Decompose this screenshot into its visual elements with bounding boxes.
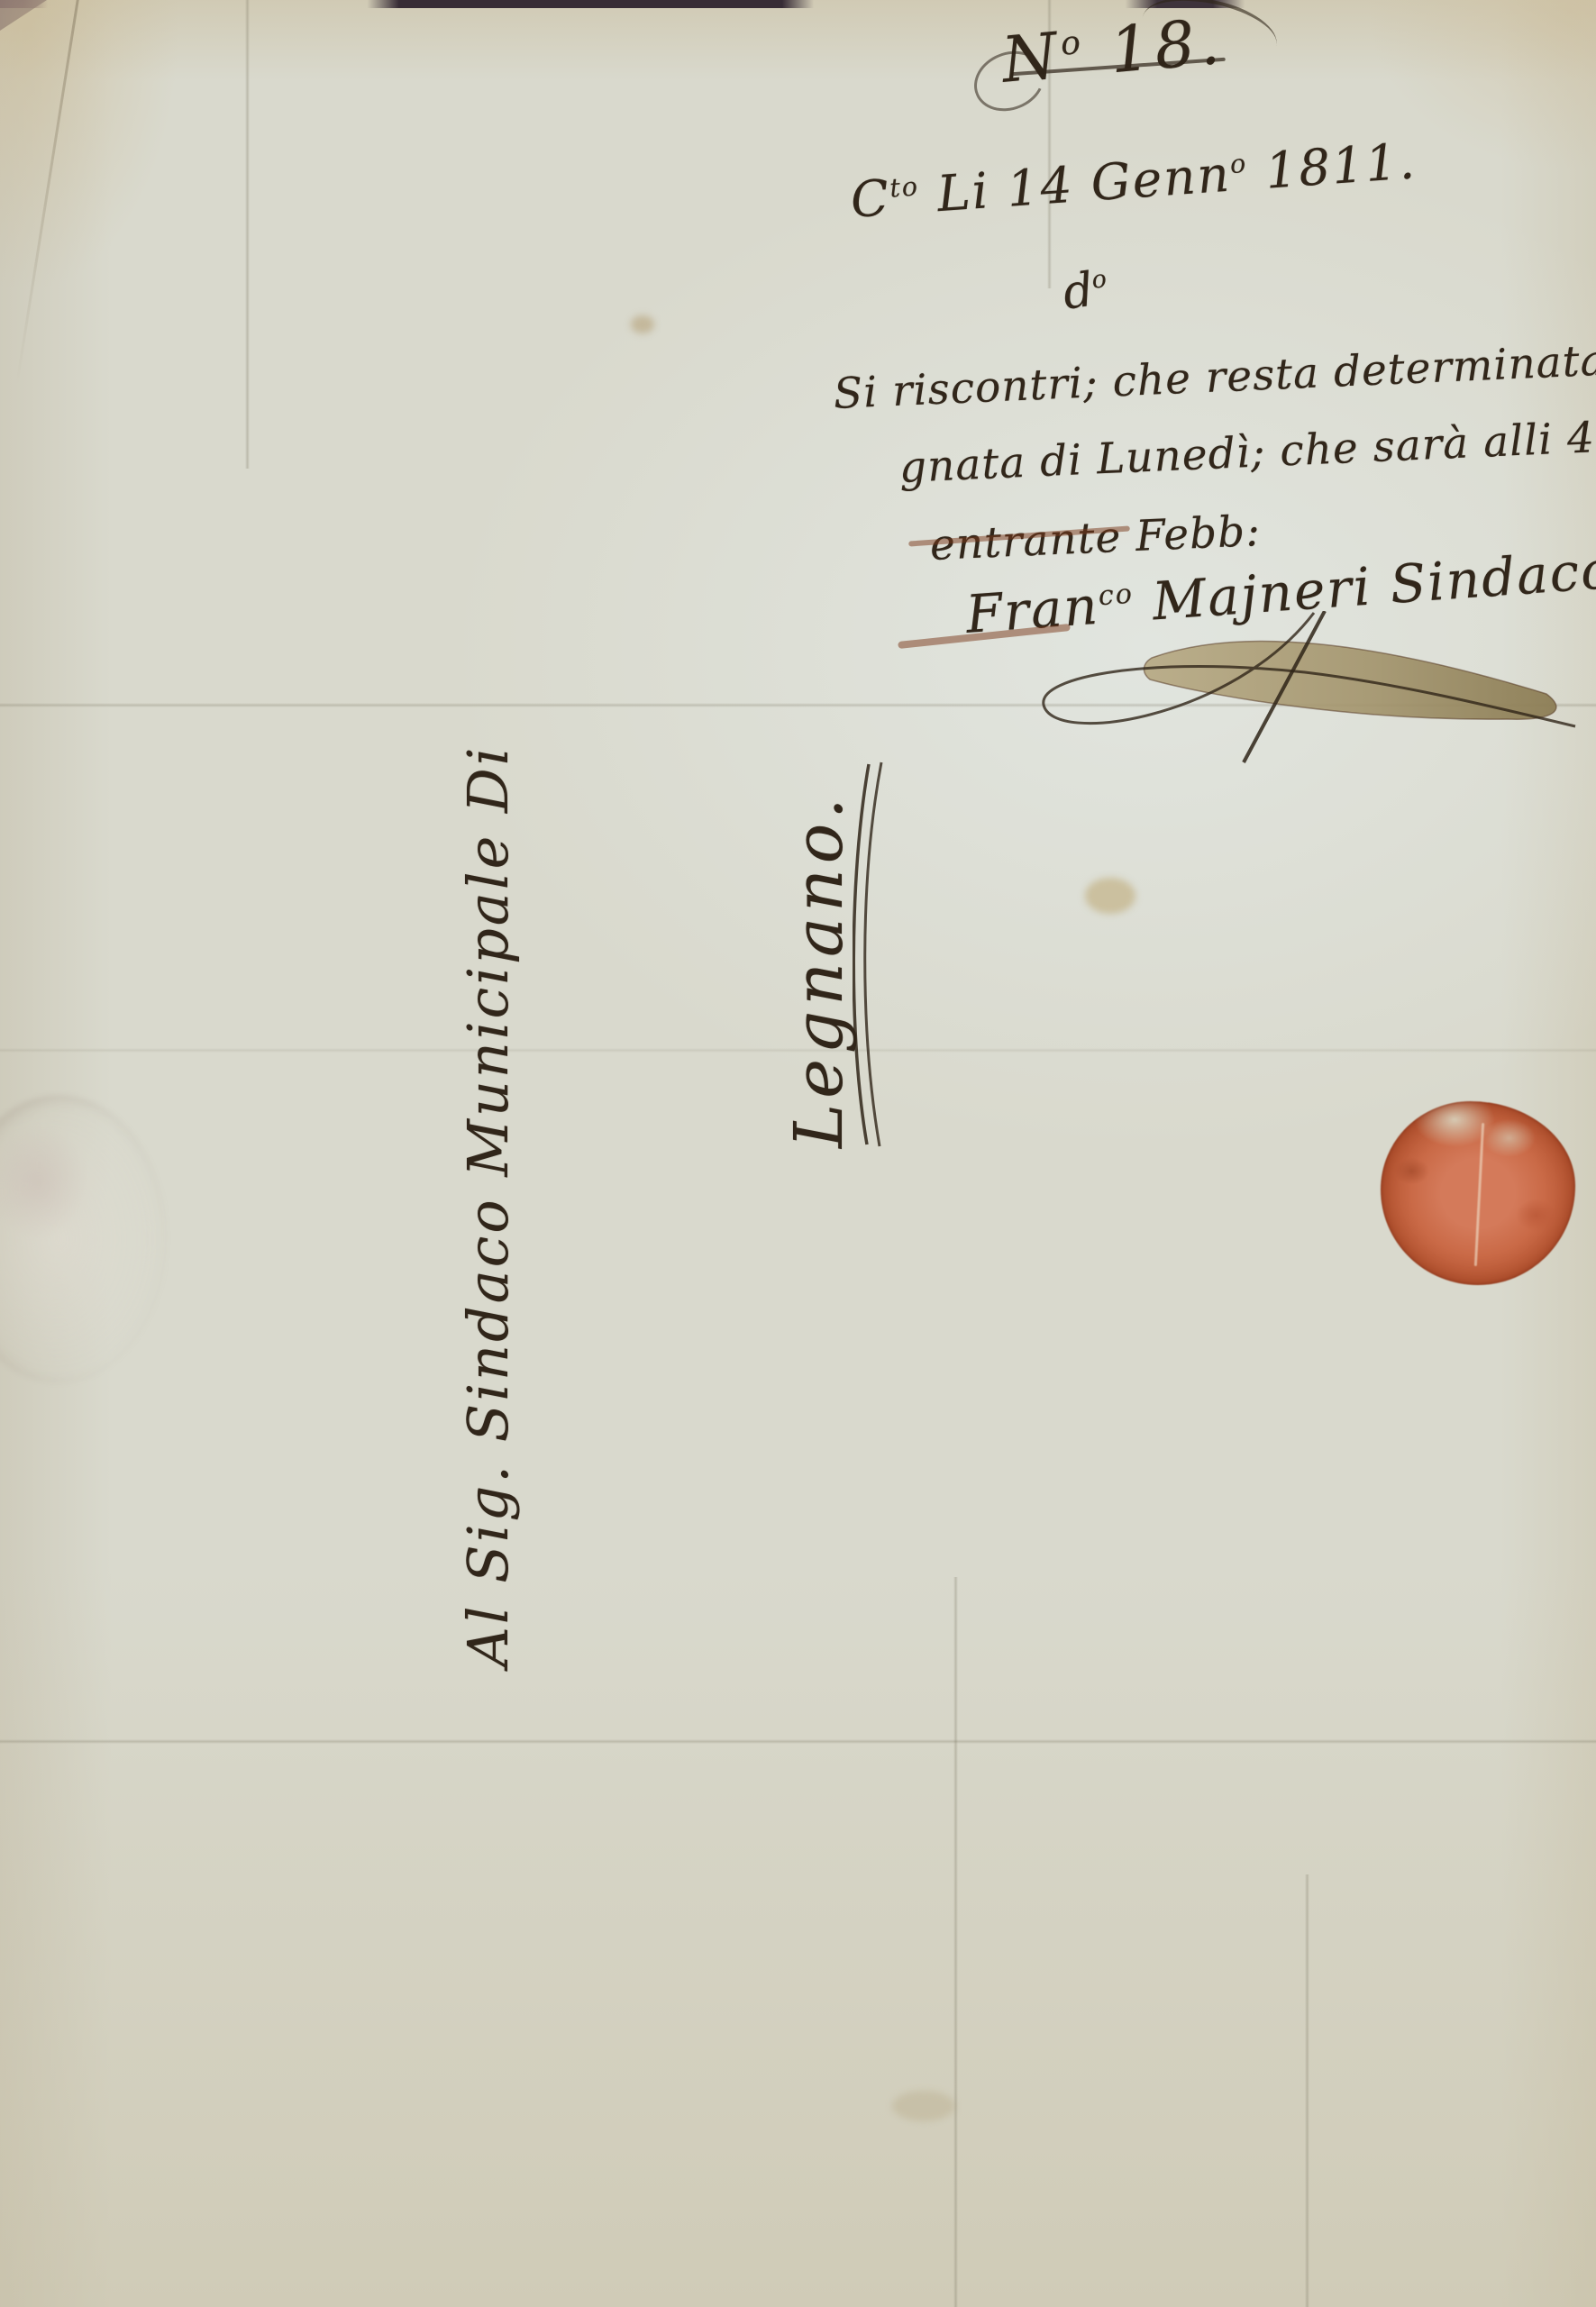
number-superscript: o: [1059, 23, 1087, 63]
dateline-superscript: to: [889, 170, 920, 203]
address-city: Legnano.: [780, 752, 938, 1148]
signature-flourish: [1017, 611, 1593, 764]
double-underline-flourish: [853, 761, 892, 1148]
fold-line-vertical: [953, 1577, 958, 2307]
dateline-place-abbrev: C: [849, 169, 892, 229]
signature-superscript: co: [1098, 579, 1135, 613]
dateline-month-superscript: o: [1229, 148, 1249, 179]
ditto-mark: do: [1060, 260, 1111, 320]
seal-crack: [1474, 1123, 1484, 1266]
stain: [1085, 878, 1135, 914]
stain: [892, 2091, 955, 2121]
fold-line-vertical: [1305, 1874, 1309, 2307]
stain: [631, 315, 654, 333]
scan-background-edge: [0, 0, 1596, 8]
ditto-superscript: o: [1090, 265, 1108, 295]
dateline-year: 1811.: [1246, 132, 1418, 201]
fold-line-vertical: [245, 0, 250, 469]
address-city-word: Legnano.: [780, 752, 858, 1148]
scanned-letter: No 18. Cto Li 14 Genno 1811. do Si risco…: [0, 0, 1596, 2307]
address-line: Al Sig. Sindaco Municipale Di: [455, 757, 626, 1667]
fold-line-horizontal: [0, 1739, 1596, 1744]
